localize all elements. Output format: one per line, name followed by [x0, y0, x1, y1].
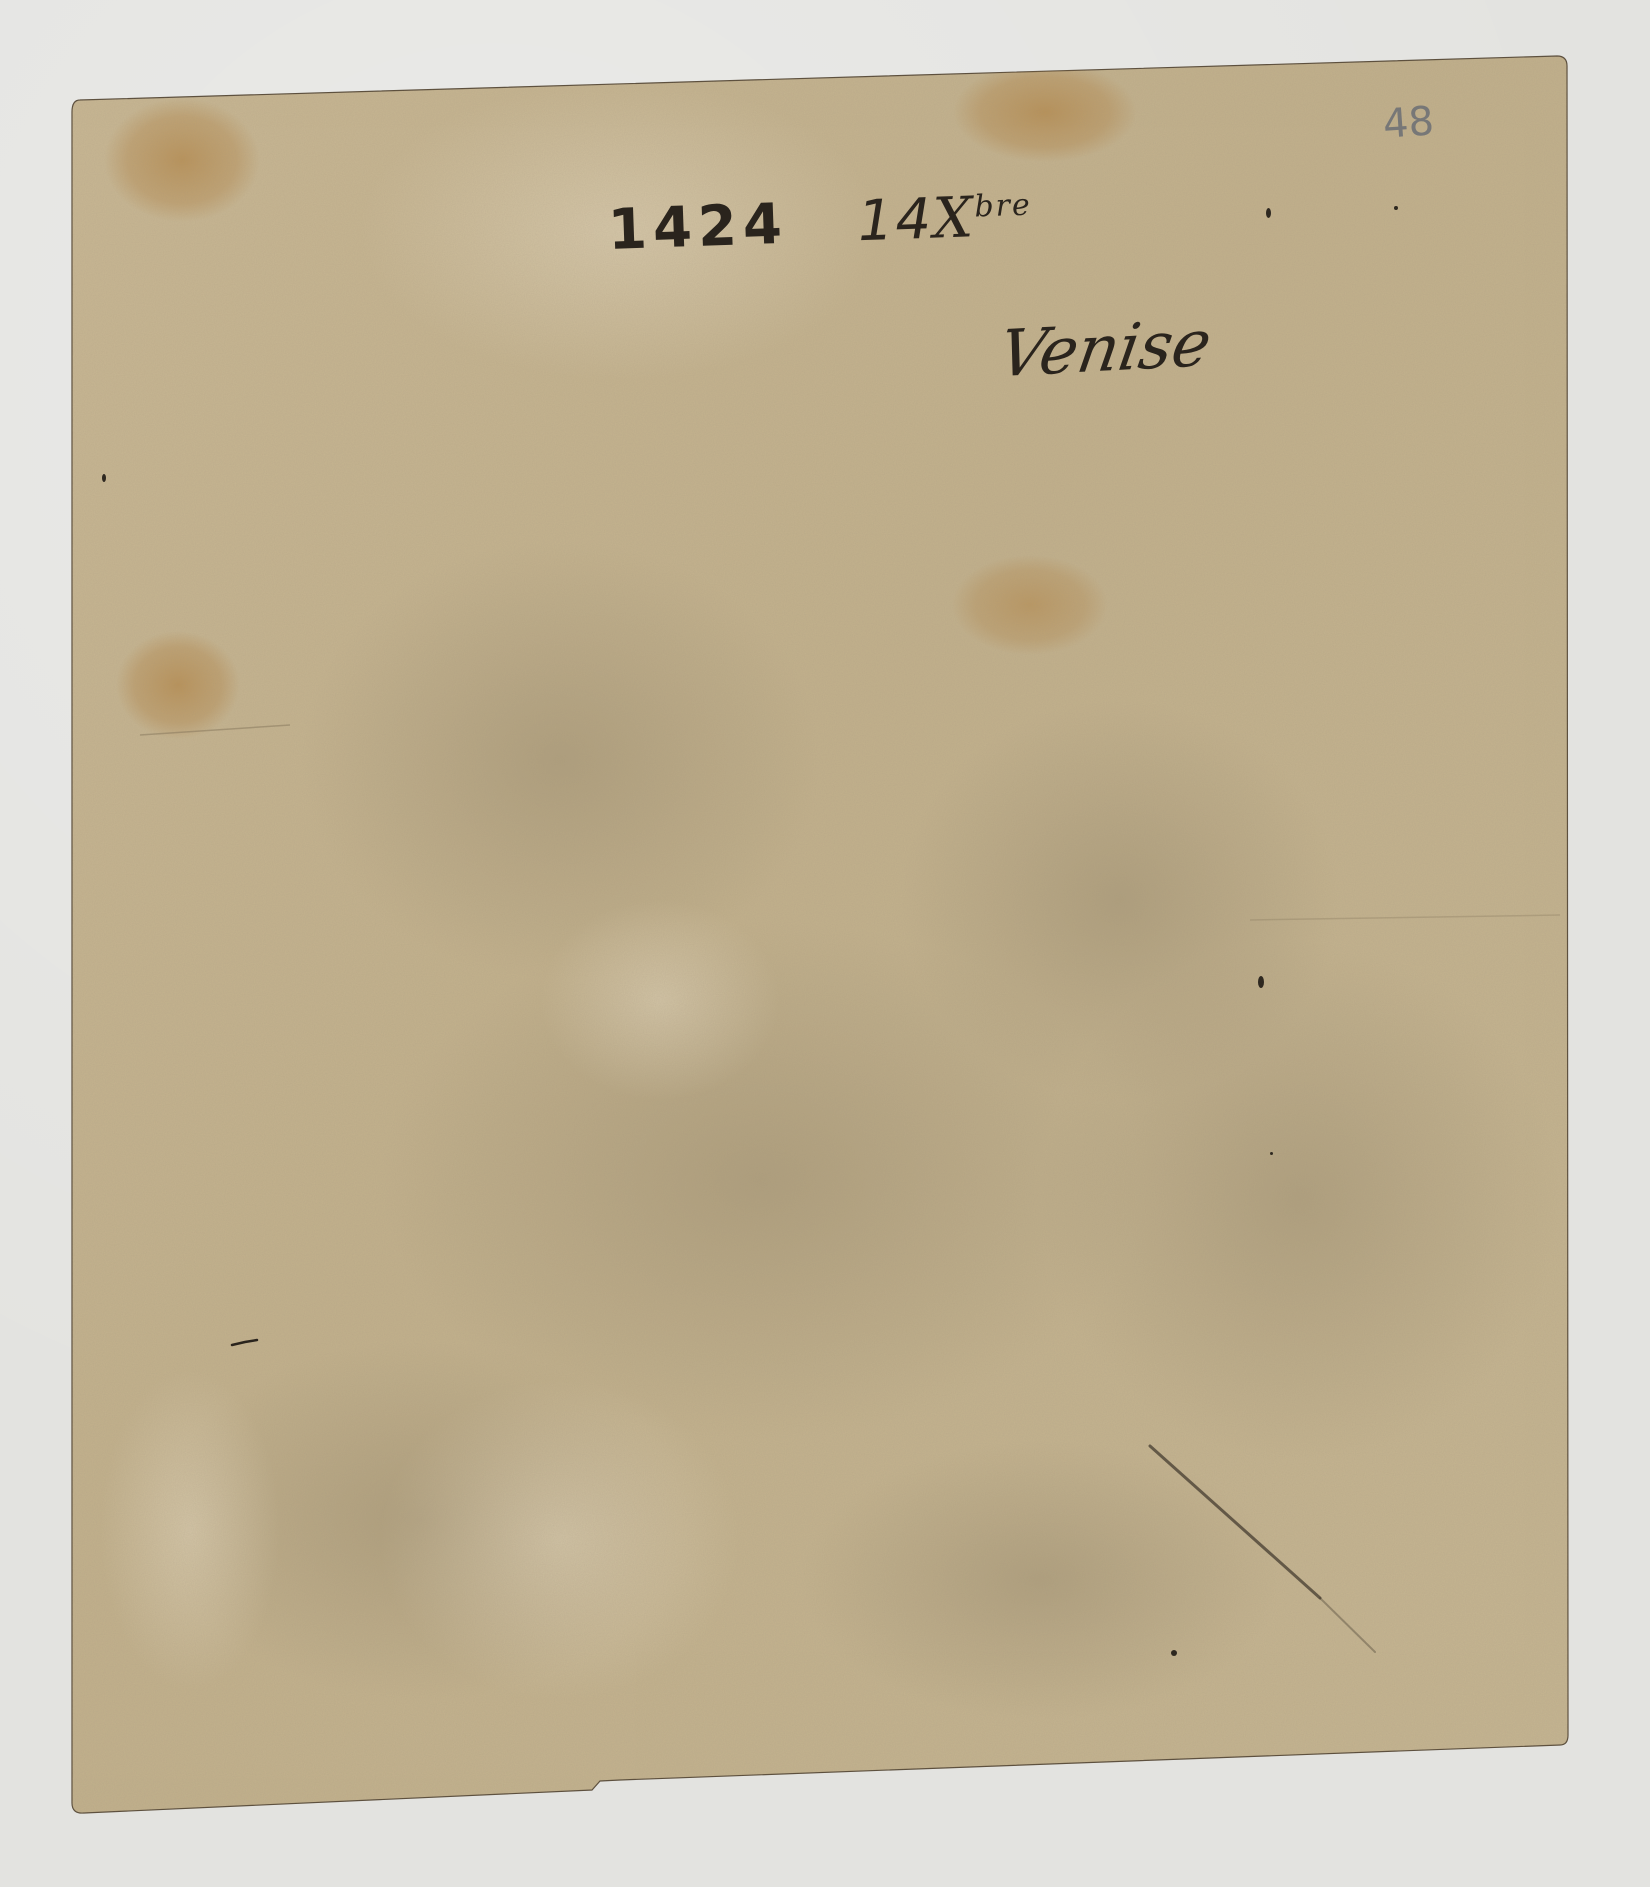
folio-number: 48 [1381, 98, 1435, 147]
date-month-abbrev: X [932, 185, 976, 251]
date-month: Xbre [932, 183, 1033, 251]
place-inscription: Venise [994, 307, 1216, 393]
ink-speck [1258, 976, 1264, 988]
parchment-sheet [0, 0, 1650, 1887]
ink-speck [102, 474, 106, 482]
ink-speck [1394, 206, 1398, 210]
date-day: 14 [857, 187, 934, 255]
date-month-suffix: bre [974, 188, 1032, 225]
ink-speck [1270, 1152, 1273, 1155]
date-year: 1424 [607, 192, 789, 263]
ink-speck [1171, 1650, 1177, 1656]
ink-speck [1266, 208, 1271, 218]
